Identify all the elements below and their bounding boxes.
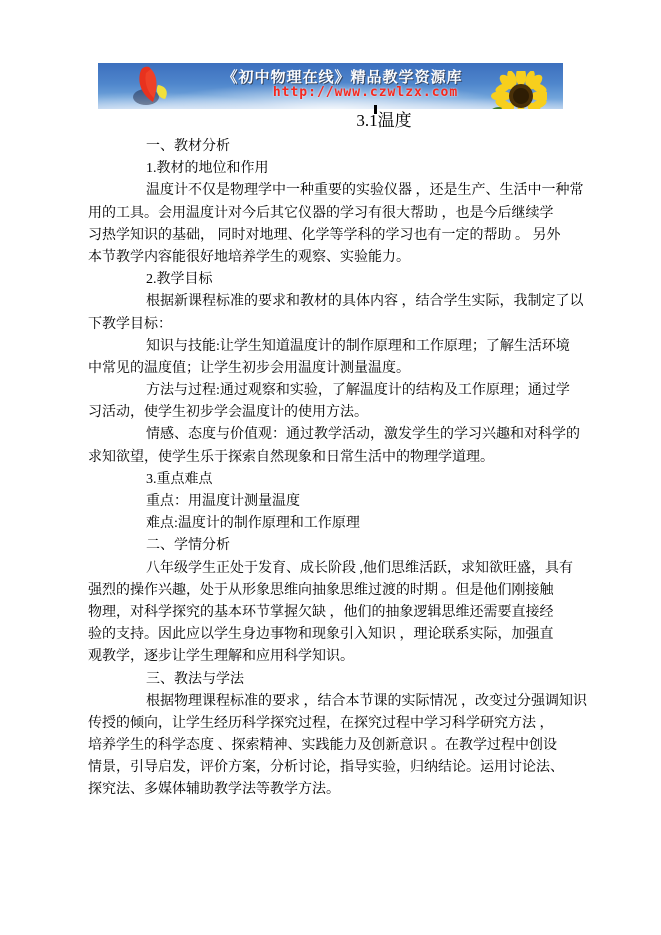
text-line: 观教学，逐步让学生理解和应用科学知识。	[88, 646, 588, 668]
text-line: 难点:温度计的制作原理和工作原理	[88, 513, 588, 535]
text-line: 情感、态度与价值观：通过教学活动，激发学生的学习兴趣和对科学的	[88, 424, 588, 446]
text-line: 3.重点难点	[88, 469, 588, 491]
text-line: 习活动，使学生初步学会温度计的使用方法。	[88, 402, 588, 424]
text-line: 培养学生的科学态度 、探索精神、实践能力及创新意识 。在教学过程中创设	[88, 735, 588, 757]
text-line: 方法与过程:通过观察和实验，了解温度计的结构及工作原理；通过学	[88, 380, 588, 402]
text-line: 三、教法与学法	[88, 669, 588, 691]
text-line: 1.教材的地位和作用	[88, 158, 588, 180]
text-line: 求知欲望，使学生乐于探索自然现象和日常生活中的物理学道理。	[88, 447, 588, 469]
text-line: 知识与技能:让学生知道温度计的制作原理和工作原理；了解生活环境	[88, 336, 588, 358]
text-line: 情景，引导启发，评价方案，分析讨论，指导实验，归纳结论。运用讨论法、	[88, 757, 588, 779]
document-page: 《初中物理在线》精品教学资源库 http://www.czwlzx.com	[0, 0, 661, 935]
text-line: 传授的倾向，让学生经历科学探究过程，在探究过程中学习科学研究方法 ，	[88, 713, 588, 735]
text-line: 二、学情分析	[88, 535, 588, 557]
banner-site-name: 《初中物理在线》精品教学资源库	[182, 66, 503, 87]
text-line: 八年级学生正处于发育、成长阶段 ,他们思维活跃，求知欲旺盛，具有	[88, 558, 588, 580]
text-line: 重点：用温度计测量温度	[88, 491, 588, 513]
document-body: 一、教材分析1.教材的地位和作用温度计不仅是物理学中一种重要的实验仪器 ，还是生…	[88, 136, 588, 802]
text-line: 根据物理课程标准的要求 ，结合本节课的实际情况 ，改变过分强调知识	[88, 691, 588, 713]
text-line: 一、教材分析	[88, 136, 588, 158]
text-line: 下教学目标：	[88, 314, 588, 336]
text-line: 验的支持。因此应以学生身边事物和现象引入知识 ，理论联系实际，加强直	[88, 624, 588, 646]
text-line: 探究法、多媒体辅助教学法等教学方法。	[88, 779, 588, 801]
text-line: 中常见的温度值；让学生初步会用温度计测量温度。	[88, 358, 588, 380]
text-line: 根据新课程标准的要求和教材的具体内容 ，结合学生实际，我制定了以	[88, 291, 588, 313]
text-line: 本节教学内容能很好地培养学生的观察、实验能力。	[88, 247, 588, 269]
sunflower-icon	[491, 71, 547, 109]
banner-site-url[interactable]: http://www.czwlzx.com	[248, 85, 483, 100]
text-line: 强烈的操作兴趣，处于从形象思维向抽象思维过渡的时期 。但是他们刚接触	[88, 580, 588, 602]
text-line: 物理，对科学探究的基本环节掌握欠缺 ，他们的抽象逻辑思维还需要直接经	[88, 602, 588, 624]
text-line: 2.教学目标	[88, 269, 588, 291]
text-line: 习热学知识的基础， 同时对地理、化学等学科的学习也有一定的帮助 。 另外	[88, 225, 588, 247]
document-title: 3.1温度	[88, 110, 624, 132]
site-banner-image[interactable]: 《初中物理在线》精品教学资源库 http://www.czwlzx.com	[98, 63, 563, 109]
text-line: 温度计不仅是物理学中一种重要的实验仪器 ，还是生产、生活中一种常	[88, 180, 588, 202]
text-line: 用的工具。会用温度计对今后其它仪器的学习有很大帮助 ，也是今后继续学	[88, 203, 588, 225]
site-logo-icon	[128, 65, 176, 109]
